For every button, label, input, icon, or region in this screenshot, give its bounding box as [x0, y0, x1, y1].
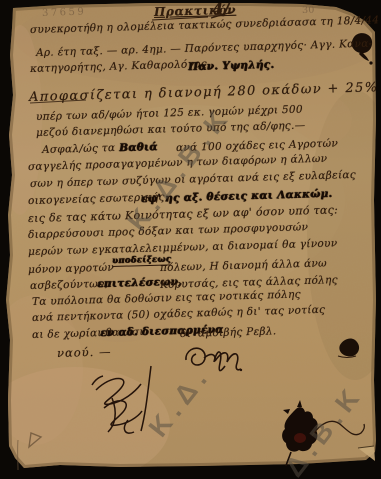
handwritten-heavy-word: Βαθιά: [119, 141, 158, 154]
closing-word: ναού. —: [57, 344, 112, 360]
handwritten-line: μόνον αγροτών: [28, 262, 114, 276]
handwritten-heavy-word: Παν. Υψηλής.: [188, 59, 275, 73]
scanned-document-page: 37659 Πρακτικόν 4/ 30 συνεκροτήθη η ολομ…: [0, 0, 381, 479]
page-number: 30: [302, 5, 315, 16]
handwritten-line: Ασφαλ/ώς τα: [42, 142, 116, 156]
document-title-number: 4/: [212, 0, 230, 19]
archive-number: 37659: [42, 6, 87, 19]
